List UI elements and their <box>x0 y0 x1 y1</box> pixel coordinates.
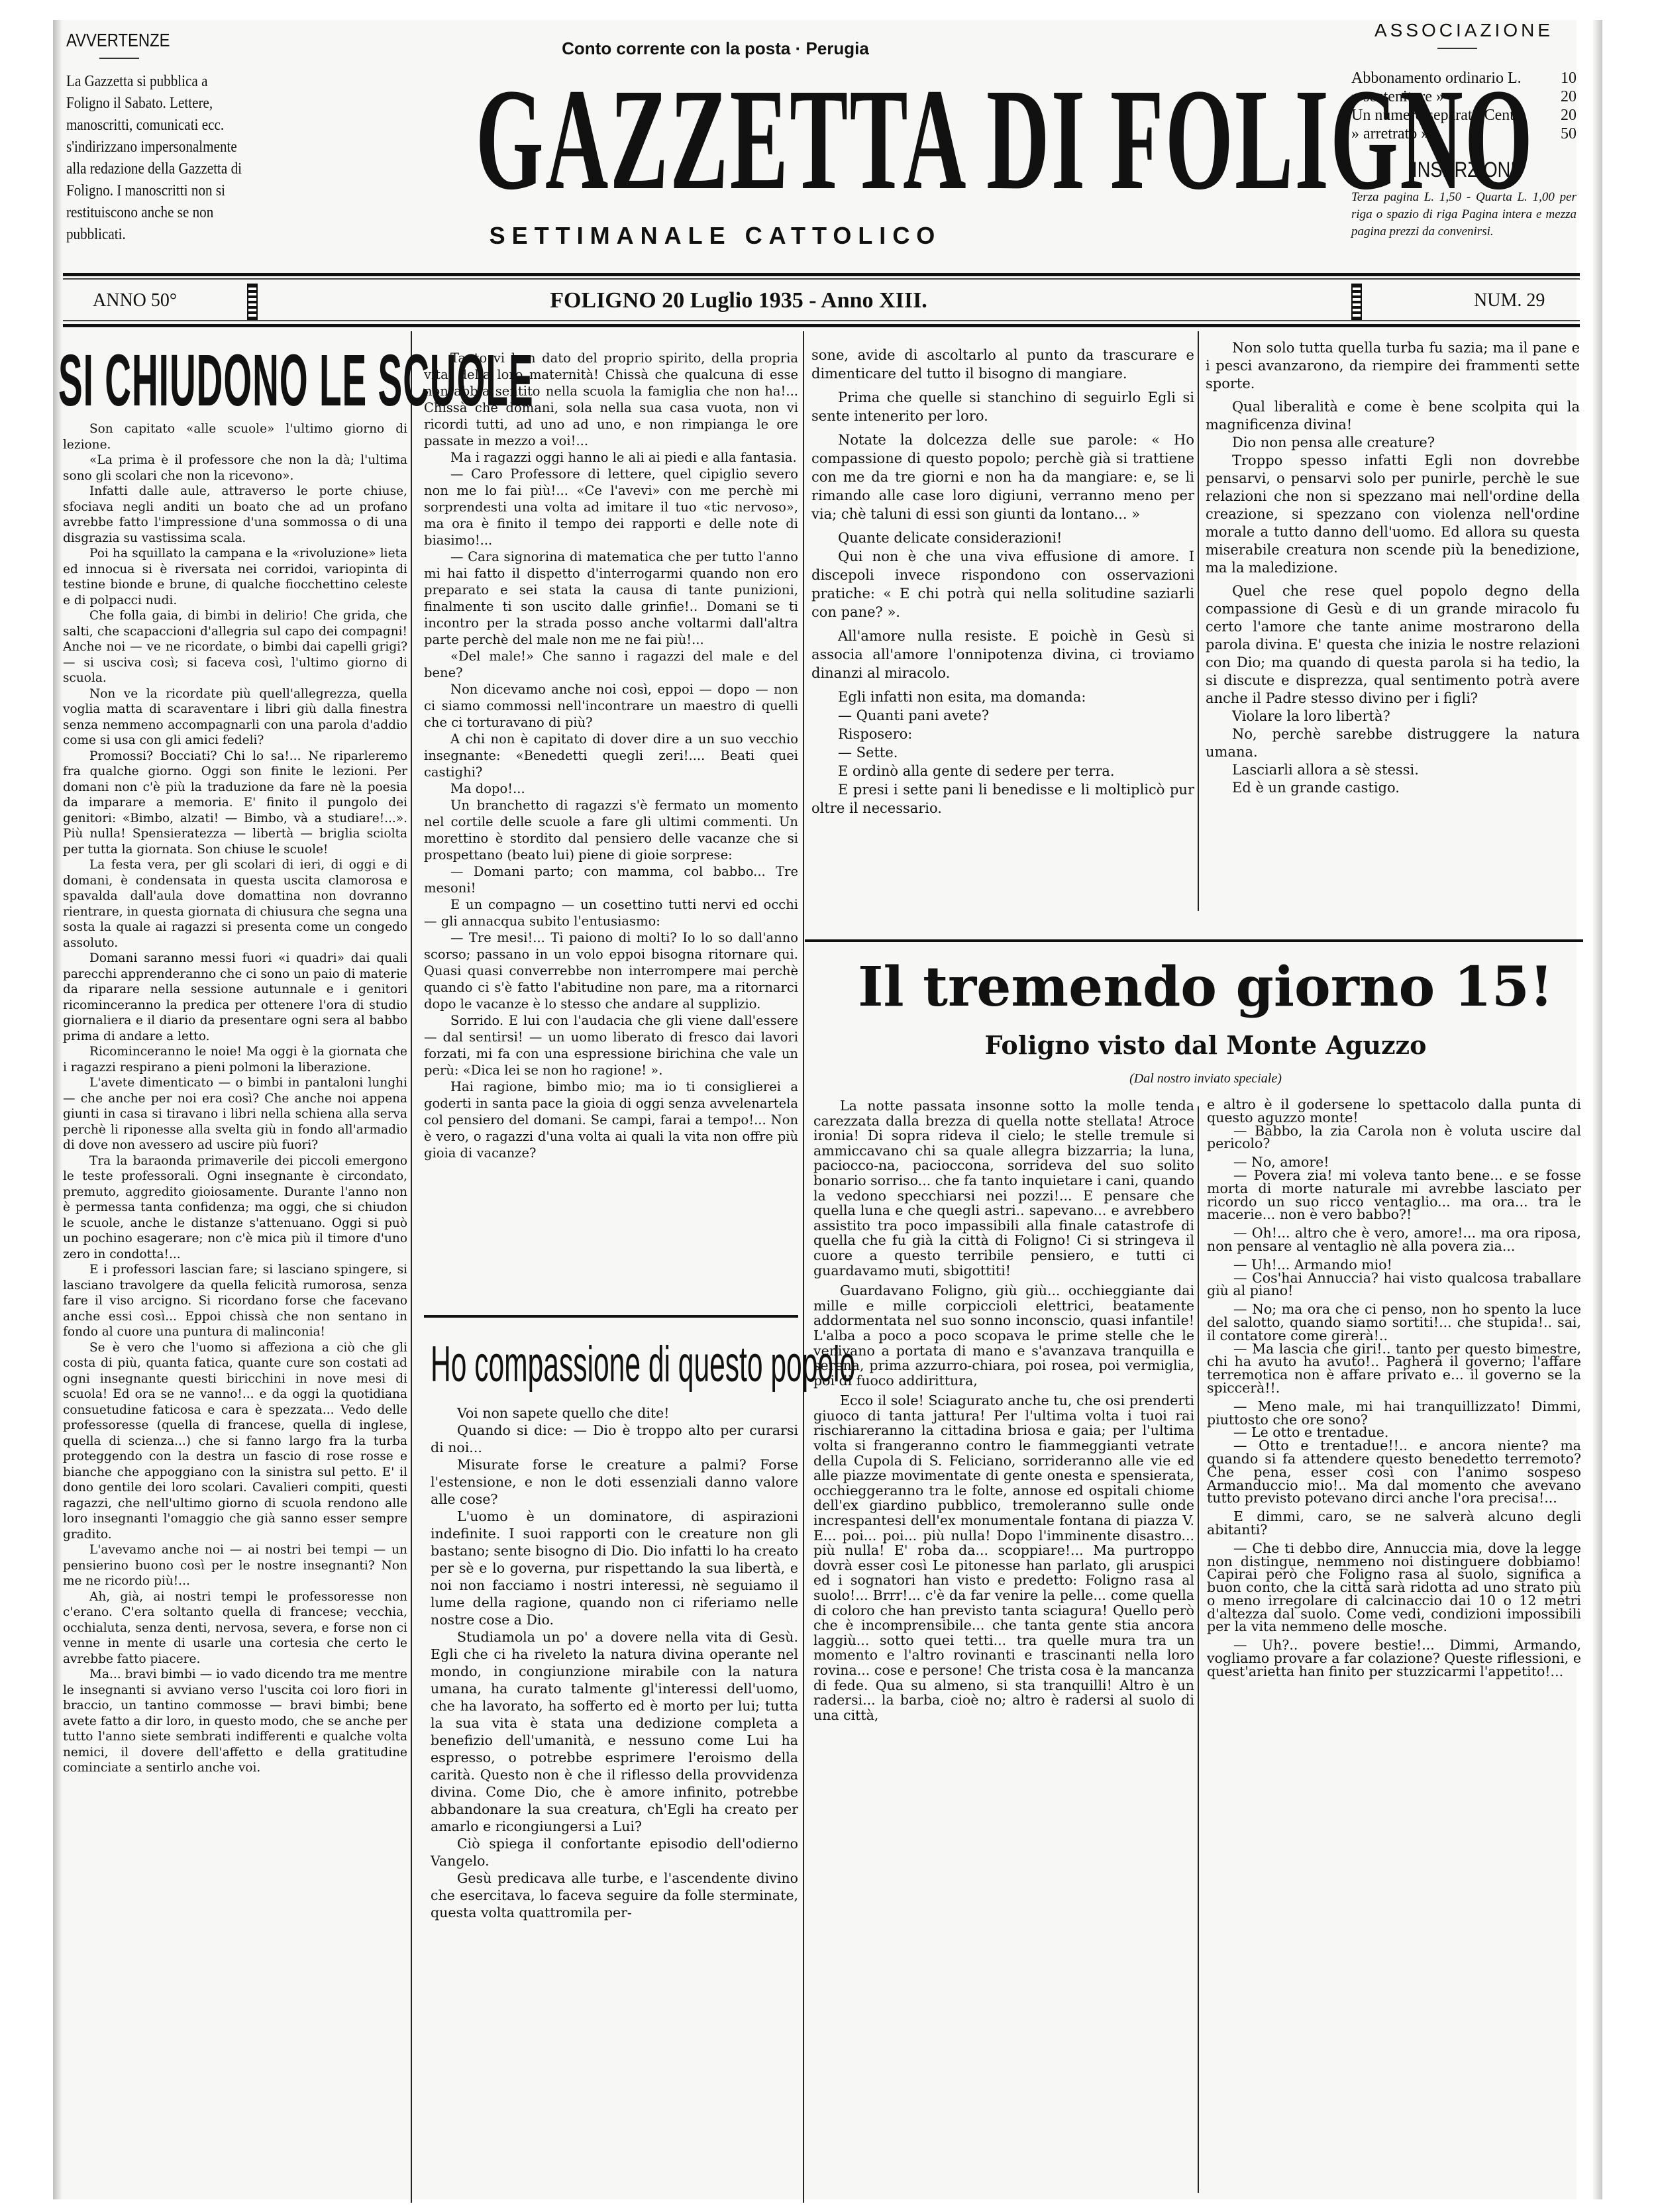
paragraph: E ordinò alla gente di sedere per terra. <box>811 762 1194 780</box>
paragraph: E presi i sette pani li benedisse e li m… <box>811 780 1194 817</box>
column-divider <box>1198 1106 1199 2193</box>
paragraph: Violare la loro libertà? <box>1206 708 1580 725</box>
paragraph: Hai ragione, bimbo mio; ma io ti consigl… <box>424 1079 798 1161</box>
newspaper-title: GAZZETTA DI FOLIGNO <box>476 73 1127 205</box>
paragraph: Ma i ragazzi oggi hanno le ali ai piedi … <box>424 449 798 466</box>
article-compassione-col2: sone, avide di ascoltarlo al punto da tr… <box>811 346 1194 817</box>
paragraph: All'amore nulla resiste. E poichè in Ges… <box>811 627 1194 682</box>
paragraph: — Domani parto; con mamma, col babbo... … <box>424 863 798 896</box>
paragraph: Infatti dalle aule, attraverso le porte … <box>63 484 407 546</box>
paragraph: Tra la baraonda primaverile dei piccoli … <box>63 1153 407 1263</box>
paragraph: E dimmi, caro, se ne salverà alcuno degl… <box>1207 1510 1581 1537</box>
headline-il-tremendo-giorno: Il tremendo giorno 15! <box>808 954 1603 1020</box>
paragraph: Guardavano Foligno, giù giù... occhieggi… <box>813 1283 1194 1388</box>
paragraph: Voi non sapete quello che dite! <box>431 1404 798 1422</box>
section-divider <box>805 939 1583 942</box>
rate-row: Abbonamento ordinario L.10 <box>1351 69 1577 87</box>
newspaper-subtitle: SETTIMANALE CATTOLICO <box>351 222 1080 250</box>
paragraph: Promossi? Bocciati? Chi lo sa!... Ne rip… <box>63 749 407 858</box>
paragraph: Ed è un grande castigo. <box>1206 779 1580 797</box>
paragraph: — Otto e trentadue!!.. e ancora niente? … <box>1207 1440 1581 1505</box>
rule <box>63 320 1580 321</box>
avvertenze-title: AVVERTENZE <box>66 30 224 51</box>
associazione-box: ASSOCIAZIONE Abbonamento ordinario L.10 … <box>1351 20 1577 240</box>
paragraph: «Del male!» Che sanno i ragazzi del male… <box>424 648 798 681</box>
divider <box>99 58 139 59</box>
inserzioni-text: Terza pagina L. 1,50 - Quarta L. 1,00 pe… <box>1351 189 1577 240</box>
paragraph: — Cos'hai Annuccia? hai visto qualcosa t… <box>1207 1272 1581 1298</box>
paragraph: Qual liberalità e come è bene scolpita q… <box>1206 398 1580 434</box>
headline-si-chiudono-le-scuole: SI CHIUDONO LE SCUOLE <box>58 344 234 417</box>
avvertenze-box: AVVERTENZE La Gazzetta si pubblica a Fol… <box>66 30 252 246</box>
paragraph: e altro è il godersene lo spettacolo dal… <box>1207 1098 1581 1125</box>
subscription-rates: Abbonamento ordinario L.10 » sostenitore… <box>1351 69 1577 143</box>
avvertenze-text: La Gazzetta si pubblica a Foligno il Sab… <box>66 71 253 246</box>
divider <box>1437 48 1477 49</box>
article-tremendo-col1: La notte passata insonne sotto la molle … <box>813 1098 1194 1722</box>
paragraph: Se è vero che l'uomo si affeziona a ciò … <box>63 1340 407 1543</box>
paragraph: Gesù predicava alle turbe, e l'ascendent… <box>431 1870 798 1921</box>
paragraph: L'avevamo anche noi — ai nostri bei temp… <box>63 1542 407 1589</box>
paragraph: Ciò spiega il confortante episodio dell'… <box>431 1835 798 1870</box>
paragraph: Studiamola un po' a dovere nella vita di… <box>431 1628 798 1835</box>
rule <box>63 273 1580 276</box>
issue-number: NUM. 29 <box>1474 290 1545 311</box>
paragraph: — No; ma ora che ci penso, non ho spento… <box>1207 1303 1581 1342</box>
paragraph: Non solo tutta quella turba fu sazia; ma… <box>1206 339 1580 393</box>
paragraph: Ma... bravi bimbi — io vado dicendo tra … <box>63 1667 407 1776</box>
subheadline: Foligno visto dal Monte Aguzzo <box>808 1030 1603 1060</box>
paragraph: Dio non pensa alle creature? <box>1206 434 1580 452</box>
paragraph: L'avete dimenticato — o bimbi in pantalo… <box>63 1075 407 1153</box>
paragraph: — Quanti pani avete? <box>811 706 1194 725</box>
paragraph: — Povera zia! mi voleva tanto bene... e … <box>1207 1169 1581 1222</box>
headline-ho-compassione: Ho compassione di questo popolo <box>431 1338 639 1391</box>
column-divider <box>411 331 412 2203</box>
paragraph: «La prima è il professore che non la dà;… <box>63 452 407 484</box>
paragraph: — Meno male, mi hai tranquillizzato! Dim… <box>1207 1400 1581 1427</box>
paragraph: No, perchè sarebbe distruggere la natura… <box>1206 725 1580 761</box>
ornament-icon <box>247 284 258 321</box>
paragraph: — Uh?.. povere bestie!... Dimmi, Armando… <box>1207 1639 1581 1678</box>
paragraph: sone, avide di ascoltarlo al punto da tr… <box>811 346 1194 383</box>
paragraph: Ecco il sole! Sciagurato anche tu, che o… <box>813 1393 1194 1722</box>
paragraph: — Tre mesi!... Ti paiono di molti? Io lo… <box>424 929 798 1012</box>
paragraph: Sorrido. E lui con l'audacia che gli vie… <box>424 1012 798 1079</box>
paragraph: La festa vera, per gli scolari di ieri, … <box>63 857 407 951</box>
paragraph: Ricominceranno le noie! Ma oggi è la gio… <box>63 1044 407 1075</box>
paragraph: Un branchetto di ragazzi s'è fermato un … <box>424 797 798 863</box>
paragraph: — Oh!... altro che è vero, amore!... ma … <box>1207 1227 1581 1253</box>
paragraph: — Babbo, la zia Carola non è voluta usci… <box>1207 1125 1581 1151</box>
inserzioni-title: INSERZIONI <box>1369 158 1560 182</box>
paragraph: Quel che rese quel popolo degno della co… <box>1206 582 1580 708</box>
paragraph: E i professori lascian fare; si lasciano… <box>63 1262 407 1340</box>
paragraph: — Caro Professore di lettere, quel cipig… <box>424 466 798 549</box>
paragraph: La notte passata insonne sotto la molle … <box>813 1098 1194 1278</box>
article-compassione-col1: Voi non sapete quello che dite! Quando s… <box>431 1404 798 1921</box>
article-tremendo-col2: e altro è il godersene lo spettacolo dal… <box>1207 1098 1581 1679</box>
paragraph: Quando si dice: — Dio è troppo alto per … <box>431 1422 798 1456</box>
paragraph: Domani saranno messi fuori «i quadri» da… <box>63 951 407 1044</box>
article-scuole-col2: Tanto vi han dato del proprio spirito, d… <box>424 350 798 1161</box>
paragraph: Ma dopo!... <box>424 780 798 797</box>
byline: (Dal nostro inviato speciale) <box>808 1071 1603 1086</box>
paragraph: Non ve la ricordate più quell'allegrezza… <box>63 686 407 749</box>
ornament-icon <box>1351 284 1362 321</box>
paragraph: Ah, già, ai nostri tempi le professoress… <box>63 1589 407 1667</box>
paragraph: Egli infatti non esita, ma domanda: <box>811 688 1194 706</box>
year-of-publication: ANNO 50° <box>93 290 177 311</box>
paragraph: Prima che quelle si stanchino di seguirl… <box>811 388 1194 425</box>
article-scuole-col1: Son capitato «alle scuole» l'ultimo gior… <box>63 421 407 1776</box>
paragraph: — Cara signorina di matematica che per t… <box>424 549 798 648</box>
paragraph: — Ma lascia che giri!.. tanto per questo… <box>1207 1343 1581 1395</box>
paragraph: Quante delicate considerazioni! <box>811 529 1194 547</box>
paragraph: Troppo spesso infatti Egli non dovrebbe … <box>1206 452 1580 577</box>
page-right-edge <box>1593 20 1602 2199</box>
paragraph: Notate la dolcezza delle sue parole: « H… <box>811 431 1194 523</box>
rate-row: » arretrato »50 <box>1351 125 1577 143</box>
paragraph: Qui non è che una viva effusione di amor… <box>811 547 1194 621</box>
paragraph: Misurate forse le creature a palmi? Fors… <box>431 1456 798 1508</box>
paragraph: Lasciarli allora a sè stessi. <box>1206 761 1580 779</box>
date-bar: ANNO 50° FOLIGNO 20 Luglio 1935 - Anno X… <box>63 278 1580 318</box>
paragraph: — Che ti debbo dire, Annuccia mia, dove … <box>1207 1542 1581 1634</box>
rule <box>63 324 1580 327</box>
paragraph: Non dicevamo anche noi così, eppoi — dop… <box>424 681 798 731</box>
paragraph: Son capitato «alle scuole» l'ultimo gior… <box>63 421 407 452</box>
dateline: FOLIGNO 20 Luglio 1935 - Anno XIII. <box>341 288 1136 313</box>
rate-row: » sostenitore »20 <box>1351 87 1577 106</box>
paragraph: Che folla gaia, di bimbi in delirio! Che… <box>63 608 407 686</box>
paragraph: — Sette. <box>811 743 1194 762</box>
article-compassione-col3: Non solo tutta quella turba fu sazia; ma… <box>1206 339 1580 797</box>
paragraph: Poi ha squillato la campana e la «rivolu… <box>63 546 407 608</box>
paragraph: E un compagno — un cosettino tutti nervi… <box>424 896 798 929</box>
paragraph: A chi non è capitato di dover dire a un … <box>424 731 798 780</box>
paragraph: L'uomo è un dominatore, di aspirazioni i… <box>431 1508 798 1628</box>
rate-row: Un numero separato Cent.20 <box>1351 106 1577 125</box>
column-divider <box>803 331 804 2203</box>
column-divider <box>1198 331 1199 911</box>
associazione-title: ASSOCIAZIONE <box>1351 20 1577 41</box>
paragraph: Tanto vi han dato del proprio spirito, d… <box>424 350 798 449</box>
section-divider <box>424 1315 798 1318</box>
paragraph: Risposero: <box>811 725 1194 743</box>
postal-account-note: Conto corrente con la posta · Perugia <box>351 38 1080 59</box>
